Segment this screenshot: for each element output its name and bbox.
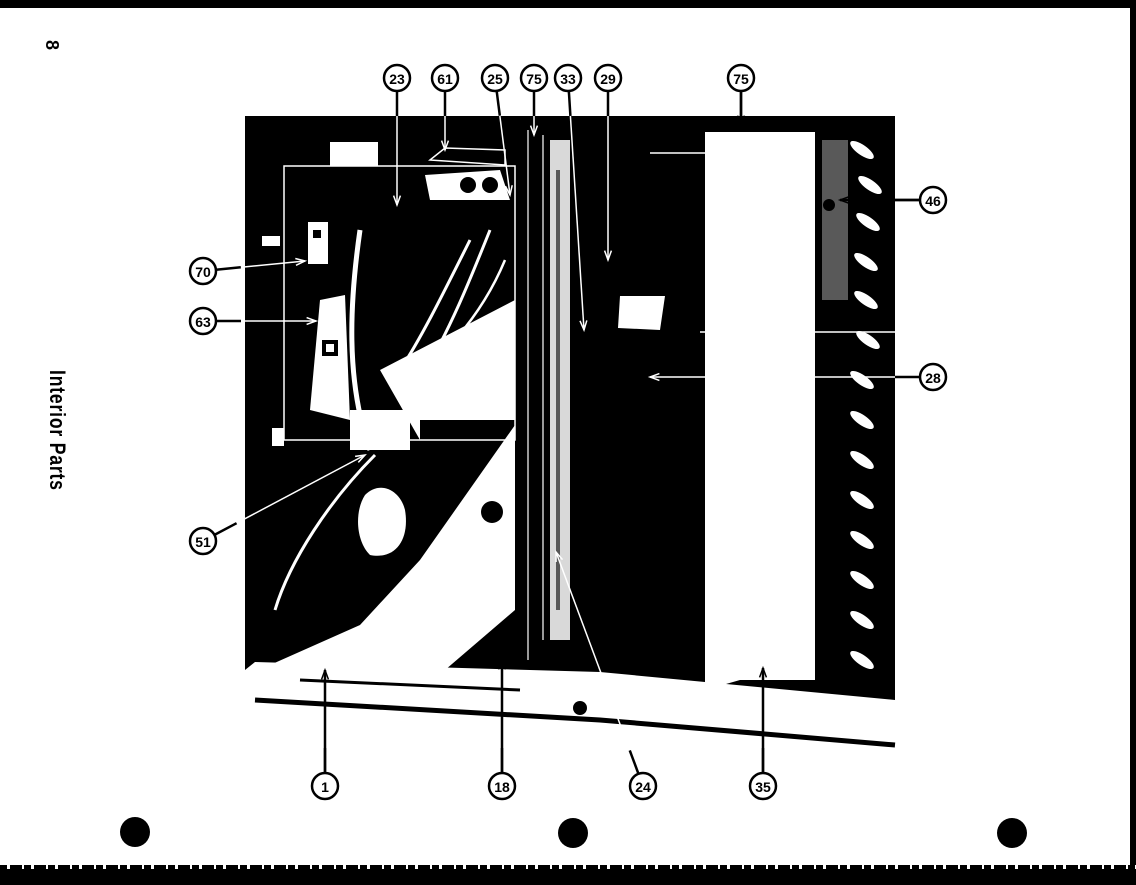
svg-text:35: 35 [755, 779, 771, 795]
svg-text:25: 25 [487, 71, 503, 87]
switch-part [308, 222, 328, 264]
binder-hole-left [120, 817, 150, 847]
svg-text:24: 24 [635, 779, 651, 795]
svg-text:29: 29 [600, 71, 616, 87]
svg-text:75: 75 [733, 71, 749, 87]
svg-text:28: 28 [925, 370, 941, 386]
callout-70: 70 [190, 258, 216, 284]
control-box-tab [330, 142, 378, 166]
callout-33: 33 [555, 65, 581, 91]
callout-24: 24 [630, 773, 656, 799]
callout-18: 18 [489, 773, 515, 799]
callout-51: 51 [190, 528, 216, 554]
interior-photo [245, 116, 895, 745]
binder-hole-right [997, 818, 1027, 848]
svg-text:33: 33 [560, 71, 576, 87]
evaporator-panel [705, 132, 815, 690]
binder-hole-center [558, 818, 588, 848]
callout-29: 29 [595, 65, 621, 91]
callout-46: 46 [920, 187, 946, 213]
svg-text:61: 61 [437, 71, 453, 87]
svg-text:63: 63 [195, 314, 211, 330]
interior-parts-diagram: 2361257533297546287063511182435 [0, 0, 1136, 885]
svg-text:46: 46 [925, 193, 941, 209]
callout-25: 25 [482, 65, 508, 91]
callout-75: 75 [521, 65, 547, 91]
callout-75: 75 [728, 65, 754, 91]
callout-63: 63 [190, 308, 216, 334]
svg-text:51: 51 [195, 534, 211, 550]
svg-text:1: 1 [321, 779, 329, 795]
callout-61: 61 [432, 65, 458, 91]
svg-text:18: 18 [494, 779, 510, 795]
svg-text:70: 70 [195, 264, 211, 280]
parts-catalog-page: 8 Interior Parts [0, 0, 1136, 885]
callout-23: 23 [384, 65, 410, 91]
callout-35: 35 [750, 773, 776, 799]
callout-1: 1 [312, 773, 338, 799]
callout-28: 28 [920, 364, 946, 390]
svg-text:75: 75 [526, 71, 542, 87]
svg-text:23: 23 [389, 71, 405, 87]
motor-plate [618, 296, 665, 330]
